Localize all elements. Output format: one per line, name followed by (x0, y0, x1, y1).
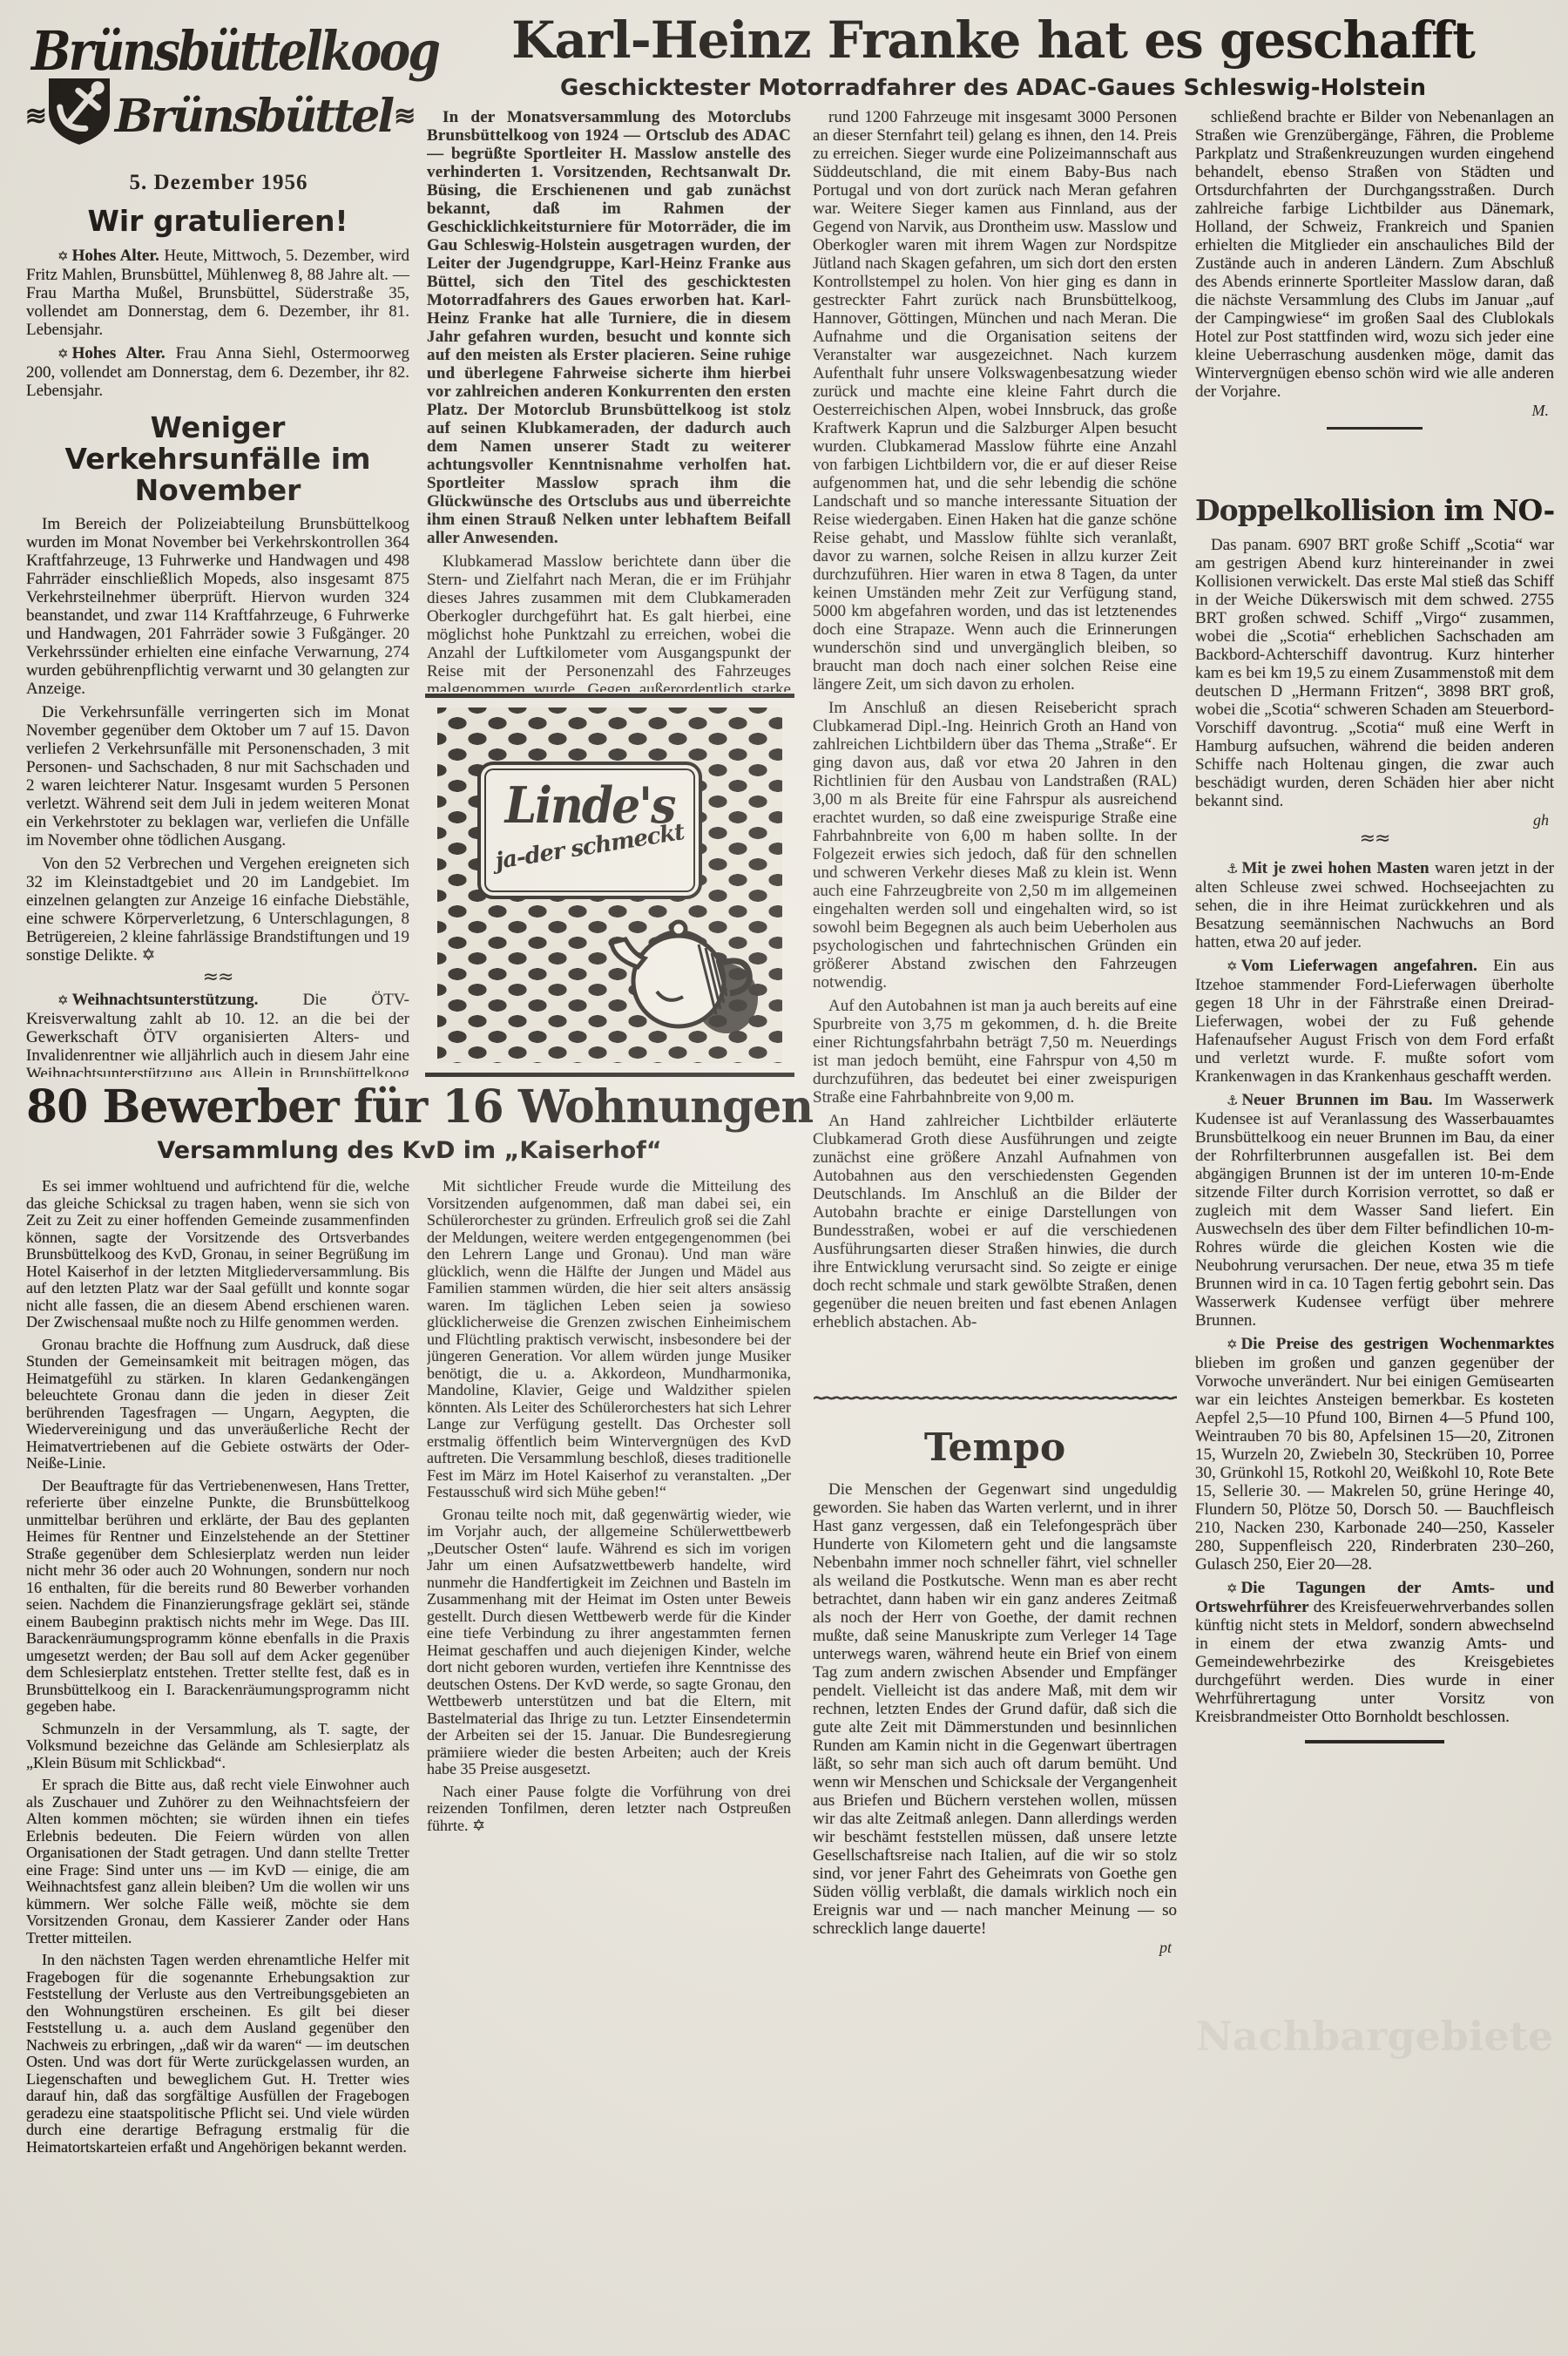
franke-signature: M. (1195, 406, 1549, 415)
doppelkollision-signature: gh (1195, 816, 1549, 824)
bewerber-paragraph: Schmunzeln in der Versammlung, als T. sa… (26, 1721, 409, 1772)
franke-paragraph: schließend brachte er Bilder von Nebenan… (1195, 108, 1554, 401)
column-3-upper: rund 1200 Fahrzeuge mit insgesamt 3000 P… (813, 108, 1177, 1385)
ribbon-flourish-right-icon: ≋ (394, 101, 412, 132)
end-rule (1305, 1740, 1444, 1743)
short-news-item: ✡Die Preise des gestrigen Wochenmarktes … (1195, 1335, 1554, 1574)
short-news-item: ✡Vom Lieferwagen angefahren. Ein aus Itz… (1195, 957, 1554, 1086)
star-icon: ✡ (1211, 1336, 1241, 1354)
item-lead: Hohes Alter. (72, 247, 159, 265)
gratulieren-item: ✡Hohes Alter. Frau Anna Siehl, Ostermoor… (26, 344, 409, 400)
short-news-item: ✡Die Tagungen der Amts- und Ortswehrführ… (1195, 1579, 1554, 1726)
doppelkollision-heading: Doppelkollision im NO-Kanal (1195, 493, 1554, 527)
bewerber-headline: 80 Bewerber für 16 Wohnungen (26, 1080, 793, 1134)
bewerber-subheadline: Versammlung des KvD im „Kaiserhof“ (26, 1137, 793, 1164)
masthead-title-line2: ≋ Brünsbüttel ≋ (31, 73, 406, 159)
bewerber-paragraph: Gronau teilte noch mit, daß gegenwärtig … (427, 1506, 791, 1778)
masthead-title-line2-text: Brünsbüttel (115, 90, 392, 143)
short-news-item: ⚓Neuer Brunnen im Bau. Im Wasserwerk Kud… (1195, 1091, 1554, 1330)
item-lead: Hohes Alter. (72, 344, 166, 362)
ad-slogan-line1: ja-der (494, 838, 566, 875)
anchor-icon: ⚓ (1211, 860, 1241, 878)
item-text: Ein aus Itzehoe stammender Ford-Lieferwa… (1195, 957, 1554, 1086)
tempo-paragraph: Die Menschen der Gegenwart sind ungeduld… (813, 1480, 1177, 1938)
section-divider-squiggle: ≈≈ (26, 970, 409, 985)
dash-divider (1327, 427, 1423, 430)
anchor-crest-icon (45, 73, 113, 159)
item-lead: Weihnachtsunterstützung. (72, 991, 259, 1009)
bleed-through-ghost-text: Nachbargebiete (1195, 2013, 1554, 2060)
item-lead: Vom Lieferwagen angefahren. (1241, 957, 1477, 975)
item-text: des Kreisfeuerwehrverbandes sollen künft… (1195, 1598, 1554, 1726)
gratulieren-heading: Wir gratulieren! (26, 204, 409, 238)
column-2-upper: In der Monatsversammlung des Motorclubs … (427, 108, 791, 692)
star-icon: ✡ (42, 247, 72, 266)
gratulieren-item: ✡Hohes Alter. Heute, Mittwoch, 5. Dezemb… (26, 247, 409, 339)
column-2-lower: Mit sichtlicher Freude wurde die Mitteil… (427, 1178, 791, 2058)
star-icon: ✡ (1211, 958, 1241, 976)
verkehr-paragraph: Von den 52 Verbrechen und Vergehen ereig… (26, 855, 409, 965)
ad-bottom-rule (425, 1073, 794, 1077)
bewerber-article-header: 80 Bewerber für 16 Wohnungen Versammlung… (26, 1080, 793, 1164)
masthead-title-line1: Brünsbüttelkoog (31, 18, 406, 83)
weihnacht-item: ✡Weihnachtsunterstützung. Die ÖTV-Kreisv… (26, 991, 409, 1077)
franke-lead-paragraph: In der Monatsversammlung des Motorclubs … (427, 108, 791, 547)
anchor-icon: ⚓ (1211, 1092, 1241, 1110)
ad-top-rule (425, 694, 794, 698)
newspaper-page: Brünsbüttelkoog ≋ Brünsbüttel ≋ 5. Dezem… (0, 0, 1568, 2356)
doppelkollision-paragraph: Das panam. 6907 BRT große Schiff „Scotia… (1195, 536, 1554, 810)
bewerber-paragraph: Nach einer Pause folgte die Vorführung v… (427, 1784, 791, 1835)
column-1-lower: Es sei immer wohltuend und aufrichtend f… (26, 1178, 409, 2319)
ribbon-flourish-left-icon: ≋ (25, 101, 44, 132)
franke-paragraph: Im Anschluß an diesen Reisebericht sprac… (813, 699, 1177, 992)
bewerber-paragraph: Mit sichtlicher Freude wurde die Mitteil… (427, 1178, 791, 1501)
tempo-signature: pt (813, 1943, 1172, 1952)
item-text: blieben im großen und ganzen gegenüber d… (1195, 1354, 1554, 1574)
item-lead: Mit je zwei hohen Masten (1241, 859, 1429, 877)
item-lead: Die Preise des gestrigen Wochenmarktes (1241, 1335, 1554, 1353)
franke-paragraph: Klubkamerad Masslow berichtete dann über… (427, 552, 791, 692)
franke-paragraph: rund 1200 Fahrzeuge mit insgesamt 3000 P… (813, 108, 1177, 694)
star-icon: ✡ (42, 345, 72, 363)
star-icon: ✡ (1211, 1580, 1241, 1598)
bewerber-paragraph: Er sprach die Bitte aus, daß recht viele… (26, 1777, 409, 1946)
verkehr-paragraph: Im Bereich der Polizeiabteilung Brunsbüt… (26, 515, 409, 698)
item-lead: Neuer Brunnen im Bau. (1241, 1091, 1432, 1109)
franke-paragraph: An Hand zahlreicher Lichtbilder erläuter… (813, 1112, 1177, 1331)
franke-paragraph: Auf den Autobahnen ist man ja auch berei… (813, 997, 1177, 1107)
main-headline: Karl-Heinz Franke hat es geschafft (453, 10, 1533, 70)
tempo-section: Tempo Die Menschen der Gegenwart sind un… (813, 1417, 1177, 2323)
column-4-lower: Doppelkollision im NO-Kanal Das panam. 6… (1195, 484, 1554, 1966)
main-article-header: Karl-Heinz Franke hat es geschafft Gesch… (453, 10, 1533, 101)
column-1-upper: Wir gratulieren! ✡Hohes Alter. Heute, Mi… (26, 202, 409, 1077)
verkehr-heading: Weniger Verkehrsunfälle im November (26, 412, 409, 506)
wave-divider: ~~~~~~~~~~~~~~~~~~~~~~~~~~~~~~~~~~~~~~~~ (813, 1389, 1177, 1406)
section-divider-squiggle: ≈≈ (1195, 831, 1554, 847)
masthead: Brünsbüttelkoog ≋ Brünsbüttel ≋ (31, 23, 406, 159)
column-4-upper: schließend brachte er Bilder von Nebenan… (1195, 108, 1554, 483)
teapot-icon (596, 894, 761, 1042)
star-icon: ✡ (42, 992, 72, 1010)
bewerber-paragraph: In den nächsten Tagen werden ehrenamtlic… (26, 1952, 409, 2156)
verkehr-paragraph: Die Verkehrsunfälle verringerten sich im… (26, 703, 409, 850)
bewerber-paragraph: Gronau brachte die Hoffnung zum Ausdruck… (26, 1337, 409, 1472)
bewerber-paragraph: Es sei immer wohltuend und aufrichtend f… (26, 1178, 409, 1331)
item-text: Im Wasserwerk Kudensee ist auf Veranlass… (1195, 1091, 1554, 1330)
linde-advertisement: Linde's ja-der schmeckt (425, 694, 794, 1077)
main-subheadline: Geschicktester Motorradfahrer des ADAC-G… (453, 75, 1533, 101)
tempo-heading: Tempo (813, 1425, 1177, 1470)
issue-date: 5. Dezember 1956 (31, 171, 406, 195)
short-news-item: ⚓Mit je zwei hohen Masten waren jetzt in… (1195, 859, 1554, 951)
bewerber-paragraph: Der Beauftragte für das Vertriebenenwese… (26, 1478, 409, 1716)
ad-label: Linde's ja-der schmeckt (477, 762, 702, 899)
